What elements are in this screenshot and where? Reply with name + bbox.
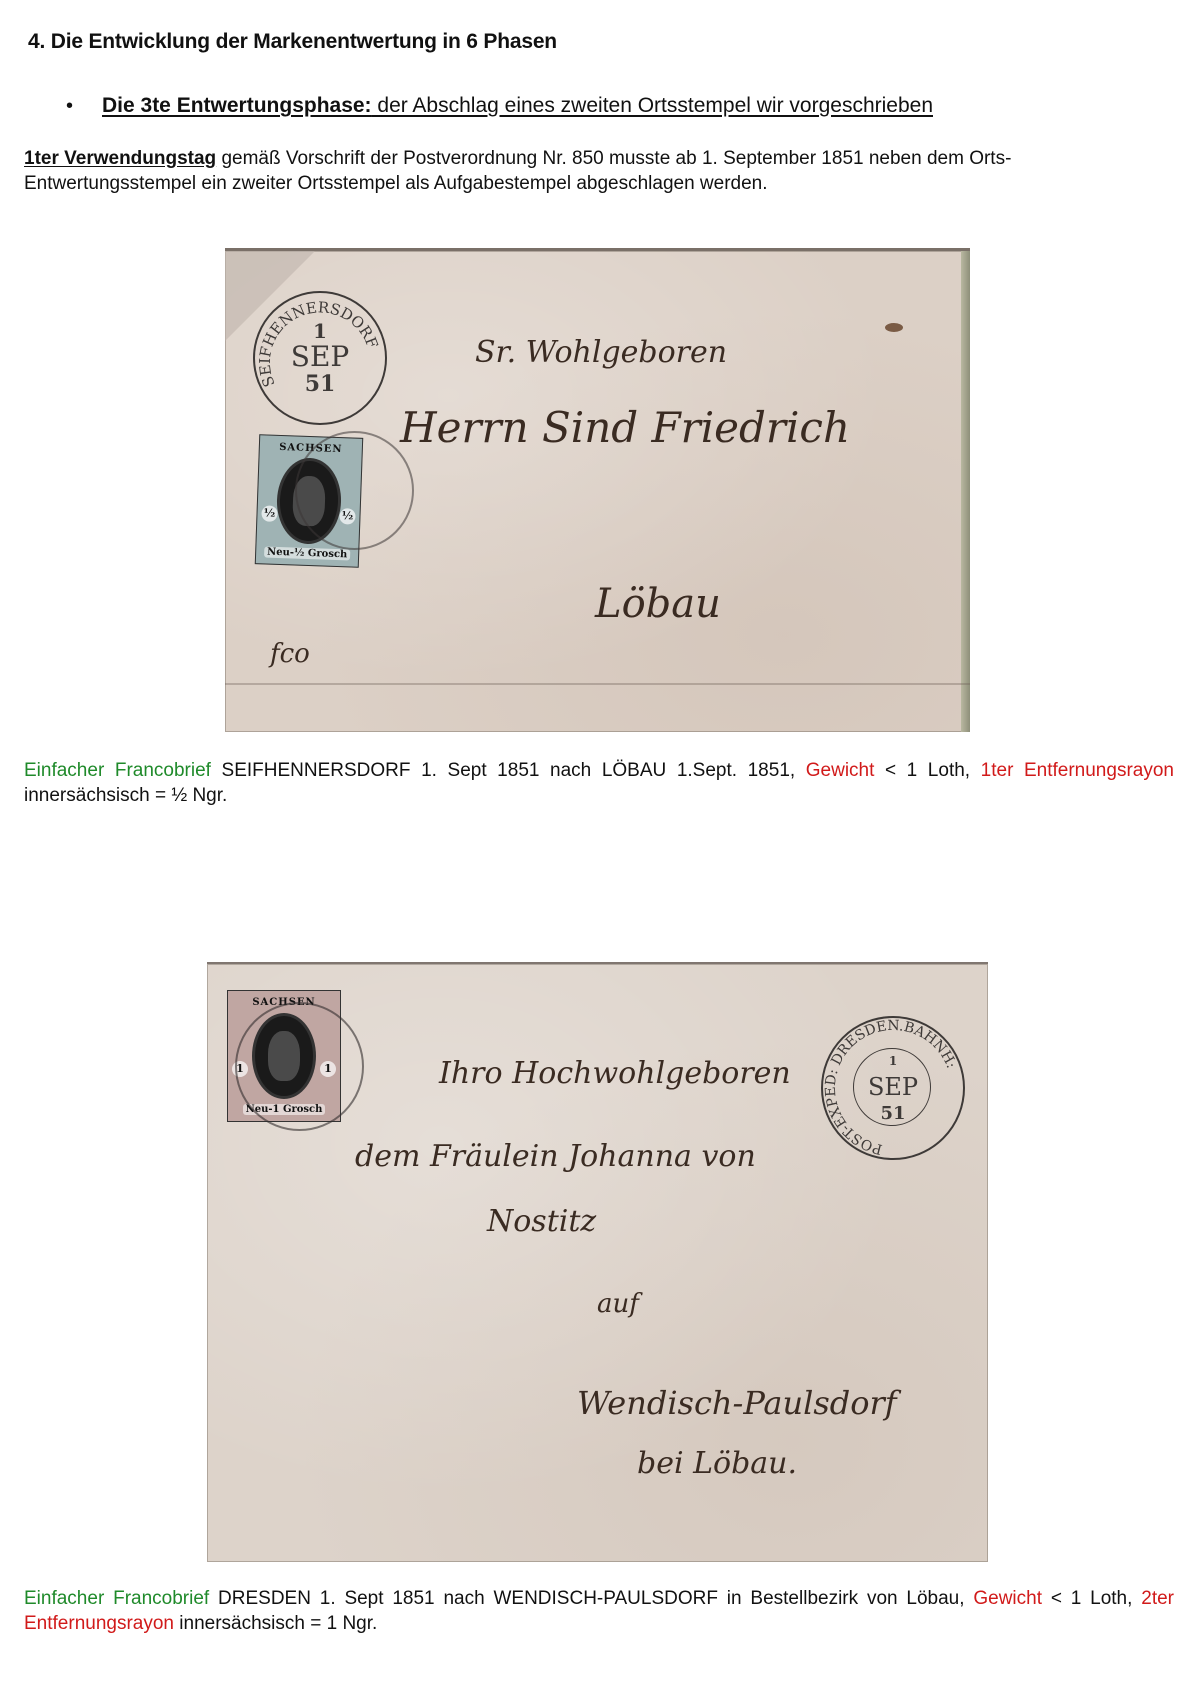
paper-edge — [961, 251, 970, 732]
caption1-part-2: Gewicht — [806, 760, 875, 781]
caption2-part-2: Gewicht — [973, 1588, 1042, 1609]
address-line-4: auf — [597, 1289, 639, 1319]
address-line-6: bei Löbau. — [637, 1446, 797, 1481]
stamp-denomination: Neu-½ Grosch — [264, 546, 351, 560]
intro-lead: 1ter Verwendungstag — [24, 148, 216, 169]
caption1-part-1: SEIFHENNERSDORF 1. Sept 1851 nach LÖBAU … — [211, 760, 806, 781]
caption2-part-0: Einfacher Francobrief — [24, 1588, 209, 1609]
cancel-postmark-on-stamp — [235, 1002, 364, 1131]
caption1-part-5: innersächsisch = ½ Ngr. — [24, 785, 227, 806]
caption2-part-5: innersächsisch = 1 Ngr. — [174, 1613, 377, 1634]
cover-image-dresden: SACHSEN 1 1 Neu-1 Grosch POST-EXPED: DRE… — [207, 962, 988, 1562]
cancel-postmark-on-stamp — [295, 431, 414, 550]
postmark-dresden-bahnhof: POST-EXPED: DRESDEN.BAHNH: 1 SEP 51 — [821, 1016, 965, 1160]
address-line-3: Nostitz — [487, 1204, 596, 1239]
caption-cover-1: Einfacher Francobrief SEIFHENNERSDORF 1.… — [24, 758, 1174, 808]
address-line-2: Herrn Sind Friedrich — [400, 403, 850, 452]
address-line-3: Löbau — [595, 581, 721, 627]
phase-bullet: • Die 3te Entwertungsphase: der Abschlag… — [66, 94, 933, 118]
cover-image-seifhennersdorf: SEIFHENNERSDORF 1 SEP 51 SACHSEN ½ ½ Neu… — [225, 248, 970, 732]
bullet-text: Die 3te Entwertungsphase: der Abschlag e… — [102, 94, 933, 118]
bullet-bold: Die 3te Entwertungsphase: — [102, 94, 372, 117]
caption2-part-3: < 1 Loth, — [1042, 1588, 1141, 1609]
caption2-part-1: DRESDEN 1. Sept 1851 nach WENDISCH-PAULS… — [209, 1588, 973, 1609]
caption1-part-0: Einfacher Francobrief — [24, 760, 211, 781]
postmark-seifhennersdorf: SEIFHENNERSDORF 1 SEP 51 — [253, 291, 387, 425]
address-line-1: Ihro Hochwohlgeboren — [439, 1056, 791, 1091]
bullet-marker: • — [66, 95, 102, 118]
postmark-ring-text: SEIFHENNERSDORF — [255, 293, 385, 423]
paper-fold-line — [225, 683, 970, 685]
page-heading: 4. Die Entwicklung der Markenentwertung … — [28, 30, 557, 54]
address-line-2: dem Fräulein Johanna von — [355, 1139, 756, 1174]
caption1-part-3: < 1 Loth, — [874, 760, 980, 781]
address-line-5: Wendisch-Paulsdorf — [577, 1384, 897, 1422]
bullet-rest: der Abschlag eines zweiten Ortsstempel w… — [372, 94, 933, 117]
caption-cover-2: Einfacher Francobrief DRESDEN 1. Sept 18… — [24, 1586, 1174, 1636]
franco-note: fco — [270, 639, 310, 669]
ink-spot — [885, 323, 903, 332]
intro-paragraph: 1ter Verwendungstag gemäß Vorschrift der… — [24, 146, 1174, 196]
stamp-value-left: ½ — [261, 505, 278, 522]
postmark-inner-ring — [853, 1048, 931, 1126]
caption1-part-4: 1ter Entfernungsrayon — [981, 760, 1174, 781]
svg-text:SEIFHENNERSDORF: SEIFHENNERSDORF — [256, 298, 382, 389]
address-line-1: Sr. Wohlgeboren — [475, 335, 727, 370]
